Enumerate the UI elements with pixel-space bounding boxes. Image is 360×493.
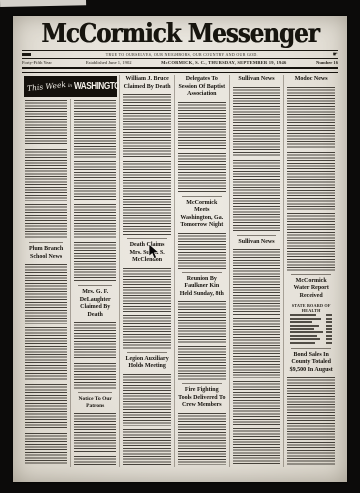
table-row — [290, 342, 332, 344]
headline-notice: Notice To Our Patrons — [74, 396, 116, 410]
headline-water-report: McCormick Water Report Received — [287, 278, 335, 301]
headline-plum-branch: Plum Branch School News — [25, 246, 67, 261]
article-divider — [78, 392, 112, 393]
motto-row: TRUE TO OURSELVES, OUR NEIGHBORS, OUR CO… — [22, 50, 338, 59]
body-text — [123, 161, 171, 235]
table-row — [290, 321, 332, 323]
feature-title-script: This Week — [27, 80, 67, 93]
established-date: Established June 1, 1902 — [86, 60, 132, 65]
dateline: Forty-Fifth Year Established June 1, 190… — [22, 60, 338, 65]
headline-legion: Legion Auxiliary Holds Meeting — [123, 356, 171, 371]
feature-text-right — [71, 99, 119, 241]
body-text — [25, 384, 67, 430]
columns-1-2-lower: Plum Branch School News Mrs. G. F. DeLau… — [22, 241, 119, 467]
article-divider — [182, 196, 222, 197]
body-text — [74, 363, 116, 389]
headline-football: McCormick Meets Washington, Ga. Tomorrow… — [178, 200, 226, 230]
page-columns: This Week in WASHINGTON — [22, 75, 338, 467]
body-text — [233, 160, 281, 232]
headline-delaughter: Mrs. G. F. DeLaughter Claimed By Death — [74, 289, 116, 319]
column-3: William J. Bruce Claimed By Death Death … — [120, 75, 175, 467]
article-divider — [291, 274, 331, 275]
body-text — [123, 315, 171, 349]
body-text — [287, 87, 335, 149]
scan-artifact — [0, 0, 86, 7]
feature-article-text — [22, 99, 119, 241]
table-row — [290, 325, 332, 327]
article-divider — [127, 352, 167, 353]
article-divider — [291, 348, 331, 349]
table-row — [290, 318, 332, 320]
article-divider — [29, 242, 63, 243]
body-text — [25, 433, 67, 465]
article-divider — [182, 272, 222, 273]
this-week-in-washington-banner: This Week in WASHINGTON — [24, 76, 117, 97]
motto-text: TRUE TO OURSELVES, OUR NEIGHBORS, OUR CO… — [31, 52, 333, 57]
body-text — [123, 268, 171, 312]
body-text — [233, 318, 281, 378]
body-text — [25, 100, 67, 146]
masthead-rule — [22, 67, 338, 73]
body-text — [123, 429, 171, 466]
headline-sullivan-news-1: Sullivan News — [233, 76, 281, 84]
body-text — [178, 346, 226, 380]
body-text — [287, 152, 335, 210]
masthead: McCormick Messenger TRUE TO OURSELVES, O… — [13, 16, 347, 73]
article-divider — [237, 235, 277, 236]
mouse-cursor — [148, 243, 160, 261]
body-text — [287, 213, 335, 271]
body-text — [74, 204, 116, 239]
table-row — [290, 338, 332, 340]
article-divider — [127, 238, 167, 239]
body-text — [233, 428, 281, 465]
water-table-header: STATE BOARD OF HEALTH — [288, 303, 334, 313]
body-text — [74, 322, 116, 360]
body-text — [287, 377, 335, 465]
column-5: Sullivan News Sullivan News — [230, 75, 285, 467]
feature-text-left — [22, 99, 71, 241]
body-text — [178, 301, 226, 343]
body-text — [233, 381, 281, 425]
column-1: Plum Branch School News — [22, 241, 71, 467]
body-text — [233, 249, 281, 315]
table-row — [290, 328, 332, 330]
body-text — [25, 264, 67, 324]
table-row — [290, 331, 332, 333]
body-text — [25, 204, 67, 239]
ink-mark-icon — [22, 53, 31, 56]
newspaper-front-page: McCormick Messenger TRUE TO OURSELVES, O… — [13, 16, 347, 482]
body-text — [74, 456, 116, 465]
body-text — [25, 327, 67, 381]
headline-sullivan-news-2: Sullivan News — [233, 239, 281, 247]
body-text — [178, 233, 226, 269]
column-group-1-2: This Week in WASHINGTON — [22, 75, 120, 467]
body-text — [123, 94, 171, 158]
body-text — [25, 149, 67, 201]
body-text — [74, 413, 116, 453]
body-text — [178, 413, 226, 466]
headline-reunion: Reunion By Faulkner Kin Held Sunday, 8th — [178, 276, 226, 299]
body-text — [123, 374, 171, 426]
body-text — [178, 102, 226, 150]
scanned-newspaper-screenshot: McCormick Messenger TRUE TO OURSELVES, O… — [0, 0, 360, 493]
feature-title-caps: WASHINGTON — [74, 81, 120, 92]
headline-bruce: William J. Bruce Claimed By Death — [123, 76, 171, 91]
issue-number: Number 16 — [316, 60, 338, 65]
column-2: Mrs. G. F. DeLaughter Claimed By Death N… — [71, 241, 119, 467]
water-report-table: STATE BOARD OF HEALTH — [288, 303, 334, 345]
place-and-date: McCORMICK, S. C., THURSDAY, SEPTEMBER 19… — [132, 60, 316, 65]
column-6: Modoc News McCormick Water Report Receiv… — [284, 75, 338, 467]
body-text — [233, 87, 281, 157]
headline-fire-tools: Fire Fighting Tools Delivered To Crew Me… — [178, 387, 226, 410]
pointing-hand-icon: ☛ — [333, 53, 338, 57]
article-divider — [182, 383, 222, 384]
body-text — [178, 153, 226, 193]
headline-bond-sales: Bond Sales In County Totaled $9,500 In A… — [287, 352, 335, 375]
newspaper-title: McCormick Messenger — [13, 19, 347, 49]
table-row — [290, 335, 332, 337]
body-text — [74, 242, 116, 282]
headline-modoc-news: Modoc News — [287, 76, 335, 84]
feature-title-in: in — [68, 84, 72, 89]
headline-delegates: Delegates To Session Of Baptist Associat… — [178, 76, 226, 99]
article-divider — [78, 285, 112, 286]
volume-year: Forty-Fifth Year — [22, 60, 52, 65]
table-row — [290, 314, 332, 316]
column-4: Delegates To Session Of Baptist Associat… — [175, 75, 230, 467]
body-text — [74, 161, 116, 201]
body-text — [74, 100, 116, 158]
